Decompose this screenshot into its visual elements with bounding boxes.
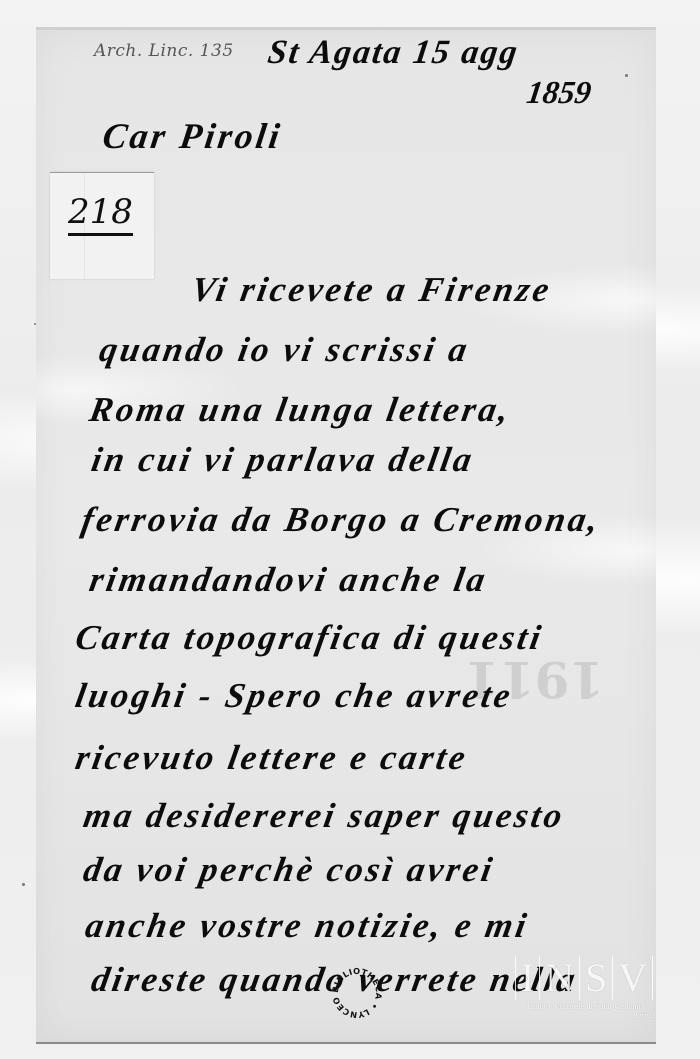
body-line-6: rimandandovi anche la xyxy=(86,560,491,600)
logo-letter: V xyxy=(612,956,653,1000)
body-line-3: Roma una lunga lettera, xyxy=(86,390,514,430)
dust-speck xyxy=(22,883,25,886)
circular-stamp-icon: BIBLIOTHECA • LYNCEORUM • xyxy=(330,966,384,1020)
dust-speck xyxy=(625,74,628,77)
dust-speck xyxy=(34,323,36,325)
body-line-12: anche vostre notizie, e mi xyxy=(82,906,532,946)
logo-letter: S xyxy=(579,956,612,1000)
institution-name: Istituto Nazionale di Studi Verdiani xyxy=(508,1002,660,1011)
body-line-8: luoghi - Spero che avrete xyxy=(72,676,516,716)
letter-salutation: Car Piroli xyxy=(100,115,285,157)
body-line-10: ma desidererei saper questo xyxy=(80,796,568,836)
archive-reference: Arch. Linc. 135 xyxy=(94,41,234,61)
body-line-5: ferrovia da Borgo a Cremona, xyxy=(78,500,604,540)
library-stamp: BIBLIOTHECA • LYNCEORUM • xyxy=(330,966,384,1020)
letter-year: 1859 xyxy=(524,74,593,111)
logo-letter: I xyxy=(515,956,539,1000)
svg-text:BIBLIOTHECA • LYNCEORUM •: BIBLIOTHECA • LYNCEORUM • xyxy=(330,966,384,1020)
index-card: 218 xyxy=(50,172,154,279)
body-line-7: Carta topografica di questi xyxy=(72,618,546,658)
body-line-4: in cui vi parlava della xyxy=(88,440,477,480)
institution-watermark: I N S V Istituto Nazionale di Studi Verd… xyxy=(508,956,660,1026)
body-line-11: da voi perchè così avrei xyxy=(80,850,497,890)
body-line-1: Vi ricevete a Firenze xyxy=(188,270,555,310)
letter-place-date: St Agata 15 agg xyxy=(265,34,521,72)
index-number: 218 xyxy=(68,195,133,236)
body-line-2: quando io vi scrissi a xyxy=(96,330,472,370)
institution-place: Parma xyxy=(508,1011,660,1020)
logo-letter: N xyxy=(539,956,579,1000)
body-line-9: ricevuto lettere e carte xyxy=(72,738,471,778)
insv-logo: I N S V xyxy=(508,956,660,1000)
